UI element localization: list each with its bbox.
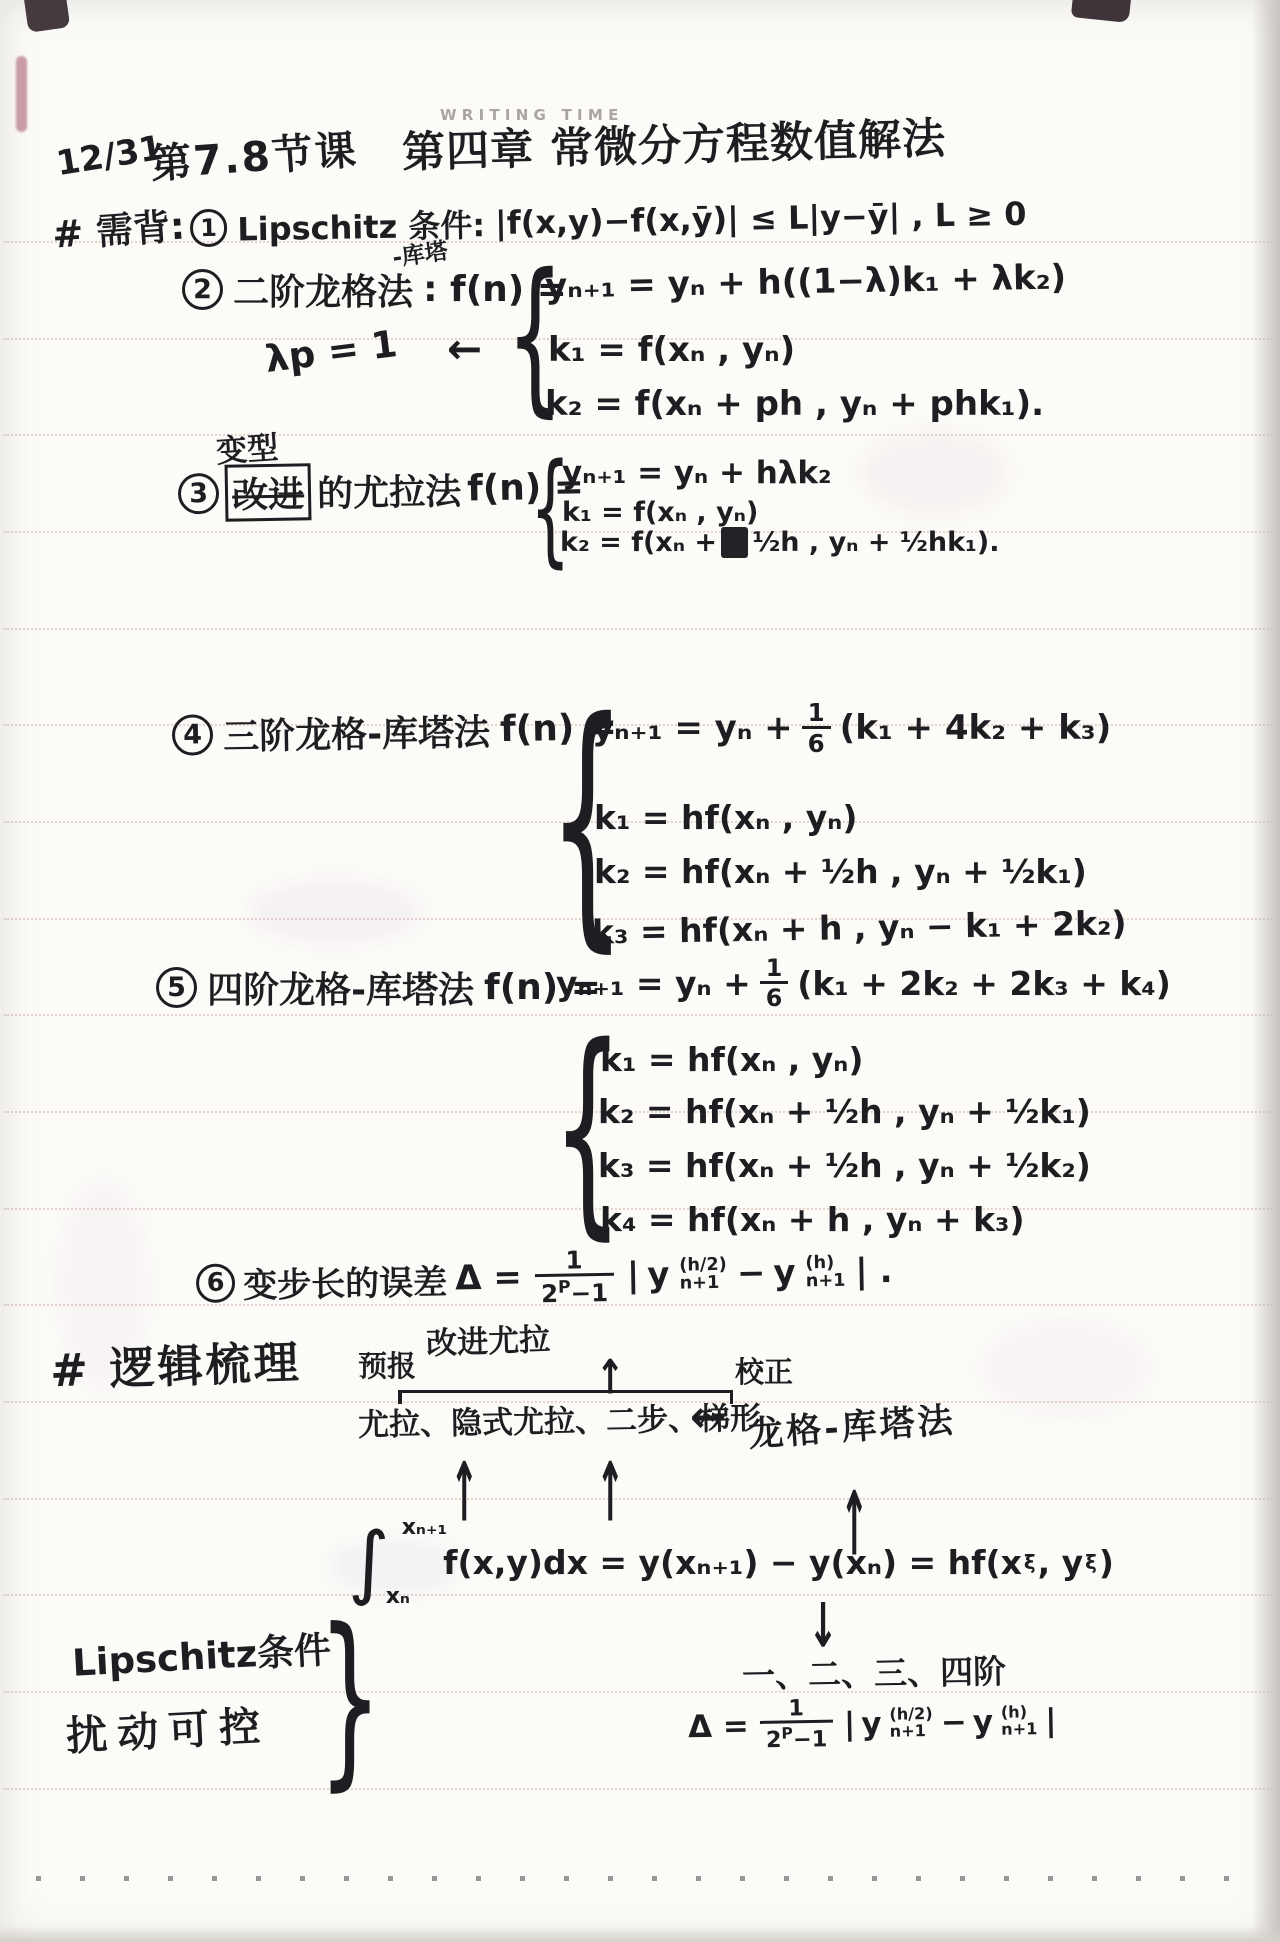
- ink-bleed: [250, 880, 420, 944]
- fraction-denominator: 6: [802, 726, 831, 757]
- item-2-eq-2: k₁ = f(xₙ , yₙ): [548, 330, 795, 370]
- item-6-delta: Δ =: [455, 1258, 522, 1299]
- perforation-dots: [36, 1876, 1244, 1881]
- photo-corner-mark: [1071, 0, 1131, 23]
- item-1-number: 1: [190, 209, 228, 247]
- left-arrow-icon: ←: [447, 324, 482, 373]
- item-3-eq-1: yₙ₊₁ = yₙ + hλk₂: [562, 455, 832, 491]
- item-5-eq-1-pre: yₙ₊₁ = yₙ +: [556, 964, 751, 1003]
- item-3-eq-2: k₁ = f(xₙ , yₙ): [562, 497, 758, 528]
- integral-limits: xₙ₊₁ xₙ: [394, 1516, 439, 1608]
- page-edge-shadow: [0, 1926, 1280, 1942]
- item-4-eq-3: k₂ = hf(xₙ + ½h , yₙ + ½k₁): [594, 852, 1087, 891]
- item-2-eq-1: yₙ₊₁ = yₙ + h((1−λ)k₁ + λk₂): [545, 257, 1067, 306]
- den-exponent: P: [781, 1725, 793, 1743]
- improved-euler-label: 改进尤拉: [425, 1314, 550, 1363]
- y-subscript: n+1: [890, 1723, 934, 1741]
- item-5-number: 5: [156, 967, 197, 1008]
- item-2-title: 二阶龙格法: [233, 264, 413, 315]
- item-3-eq-3-post: ½h , yₙ + ½hk₁).: [752, 527, 999, 558]
- den-rest: −1: [570, 1278, 608, 1308]
- item-6-title: 变步长的误差: [243, 1254, 448, 1307]
- fraction-denominator: 6: [760, 981, 789, 1011]
- ink-bleed: [860, 430, 1010, 516]
- predict-correct-bracket: [398, 1390, 733, 1393]
- item-5-eq-5: k₄ = hf(xₙ + h , yₙ + k₃): [600, 1200, 1025, 1239]
- ruled-line: [4, 1014, 1272, 1016]
- page-edge-shadow: [1252, 0, 1280, 1942]
- fraction: 1 6: [760, 956, 789, 1011]
- correct-label: 校正: [735, 1350, 793, 1391]
- chapter-title: 第四章 常微分方程数值解法: [401, 105, 946, 180]
- y-half-step: y: [647, 1255, 670, 1295]
- den-rest: −1: [793, 1727, 828, 1754]
- integral-body: , y: [1038, 1543, 1084, 1582]
- integral-lower-limit: xₙ: [386, 1585, 431, 1608]
- item-4-number: 4: [172, 714, 214, 756]
- y-subscript: n+1: [679, 1274, 727, 1293]
- item-5-eq-1-post: (k₁ + 2k₂ + 2k₃ + k₄): [797, 964, 1171, 1003]
- item-2-side-note: λp = 1: [263, 322, 400, 381]
- fraction-numerator: 1: [782, 1697, 810, 1721]
- den-base: 2: [541, 1279, 559, 1308]
- ruled-line: [4, 434, 1272, 436]
- memorize-label: # 需背:: [50, 195, 186, 258]
- item-4-eq-4: k₃ = hf(xₙ + h , yₙ − k₁ + 2k₂): [592, 903, 1127, 951]
- orders-label: 一、二、三、四阶: [742, 1646, 1007, 1698]
- fraction-numerator: 1: [559, 1247, 588, 1273]
- den-exponent: P: [558, 1277, 571, 1297]
- sup-sub-stack: (h/2) n+1: [889, 1706, 933, 1741]
- xi-subscript: ξ: [1024, 1551, 1036, 1574]
- y-superscript: (h/2): [679, 1256, 727, 1275]
- sup-sub-stack: (h) n+1: [805, 1253, 845, 1291]
- fraction-numerator: 1: [760, 956, 789, 981]
- y-full-step: y: [773, 1253, 796, 1293]
- item-4-title: 三阶龙格-库塔法: [223, 704, 491, 760]
- item-4-eq-1-post: (k₁ + 4k₂ + k₃): [840, 708, 1112, 748]
- item-3-title: 的尤拉法: [317, 464, 462, 518]
- item-1-title: Lipschitz 条件:: [237, 200, 486, 250]
- minus-sign: −: [737, 1253, 766, 1293]
- item-4-eq-1: yₙ₊₁ = yₙ + 1 6 (k₁ + 4k₂ + k₃): [592, 700, 1111, 756]
- delta-label: Δ =: [688, 1708, 749, 1745]
- abs-bar: | .: [855, 1251, 893, 1292]
- integral-identity: ∫ xₙ₊₁ xₙ f(x,y)dx = y(xₙ₊₁) − y(xₙ) = h…: [348, 1516, 1114, 1608]
- ruled-line: [4, 1498, 1272, 1500]
- y-subscript: n+1: [806, 1272, 846, 1291]
- abs-bar: |: [1045, 1702, 1057, 1738]
- item-2-eq-3: k₂ = f(xₙ + ph , yₙ + phk₁).: [545, 384, 1044, 424]
- brace-icon: }: [318, 1604, 382, 1792]
- ink-smudge: [16, 56, 27, 132]
- sup-sub-stack: (h/2) n+1: [679, 1256, 727, 1294]
- den-base: 2: [766, 1727, 782, 1753]
- y-subscript: n+1: [1001, 1721, 1037, 1739]
- fraction: 1 2P−1: [534, 1247, 614, 1307]
- item-3-struck-text: 改进: [225, 463, 312, 521]
- item-6-number: 6: [196, 1263, 236, 1303]
- header-lesson: 第7.8节课: [148, 117, 359, 190]
- item-4-eq-2: k₁ = hf(xₙ , yₙ): [594, 798, 857, 837]
- y-half-step: y: [861, 1705, 882, 1741]
- abs-bar: |: [627, 1256, 640, 1296]
- ruled-line: [4, 1788, 1272, 1790]
- fraction-denominator: 2P−1: [760, 1720, 834, 1753]
- fraction: 1 2P−1: [759, 1697, 833, 1754]
- left-arrow-icon: ←: [690, 1392, 727, 1443]
- item-5-title: 四阶龙格-库塔法: [207, 962, 474, 1013]
- fraction: 1 6: [802, 700, 831, 756]
- item-5-eq-2: k₁ = hf(xₙ , yₙ): [600, 1040, 863, 1079]
- bottom-delta-formula: Δ = 1 2P−1 | y (h/2) n+1 − y (h) n+1 |: [688, 1693, 1057, 1755]
- item-6-line: 6 变步长的误差 Δ = 1 2P−1 | y (h/2) n+1 − y (h…: [196, 1242, 893, 1313]
- sup-sub-stack: (h) n+1: [1001, 1704, 1038, 1738]
- item-2-number: 2: [182, 269, 223, 310]
- integral-body: f(x,y)dx = y(xₙ₊₁) − y(xₙ) = hf(x: [443, 1543, 1022, 1582]
- item-5-eq-1: yₙ₊₁ = yₙ + 1 6 (k₁ + 2k₂ + 2k₃ + k₄): [556, 956, 1171, 1011]
- item-5-line: 5 四阶龙格-库塔法 f(n) =: [156, 962, 601, 1013]
- predict-label: 预报: [358, 1344, 416, 1385]
- y-full-step: y: [972, 1704, 993, 1740]
- item-5-eq-4: k₃ = hf(xₙ + ½h , yₙ + ½k₂): [598, 1146, 1091, 1185]
- scribbled-out-char: p: [721, 527, 748, 558]
- item-1-formula: |f(x,y)−f(x,ȳ)| ≤ L|y−ȳ| , L ≥ 0: [495, 195, 1027, 242]
- abs-bar: |: [844, 1706, 856, 1742]
- item-4-eq-1-pre: yₙ₊₁ = yₙ +: [592, 708, 793, 748]
- ruled-line: [4, 1691, 1272, 1693]
- item-3-eq-3: k₂ = f(xₙ + p ½h , yₙ + ½hk₁).: [560, 527, 999, 558]
- fraction-numerator: 1: [802, 700, 831, 726]
- item-3-line: 3 改进 的尤拉法 f(n) =: [178, 458, 585, 522]
- item-5-eq-3: k₂ = hf(xₙ + ½h , yₙ + ½k₁): [598, 1092, 1091, 1131]
- integral-upper-limit: xₙ₊₁: [402, 1516, 447, 1539]
- lipschitz-label: Lipschitz条件: [71, 1619, 332, 1686]
- item-3-eq-3-pre: k₂ = f(xₙ +: [560, 527, 717, 558]
- disturbance-label: 扰动可控: [65, 1693, 272, 1763]
- y-superscript: (h): [805, 1253, 845, 1272]
- minus-sign: −: [941, 1704, 968, 1740]
- xi-subscript: ξ: [1085, 1551, 1097, 1574]
- notebook-page: WRITING TIME 12/31 第7.8节课 第四章 常微分方程数值解法 …: [0, 0, 1280, 1942]
- logic-label: # 逻辑梳理: [49, 1326, 302, 1400]
- photo-corner-mark: [24, 0, 71, 33]
- ruled-line: [4, 628, 1272, 630]
- item-3-number: 3: [178, 473, 220, 515]
- fraction-denominator: 2P−1: [535, 1272, 615, 1306]
- integral-body: ): [1099, 1543, 1114, 1582]
